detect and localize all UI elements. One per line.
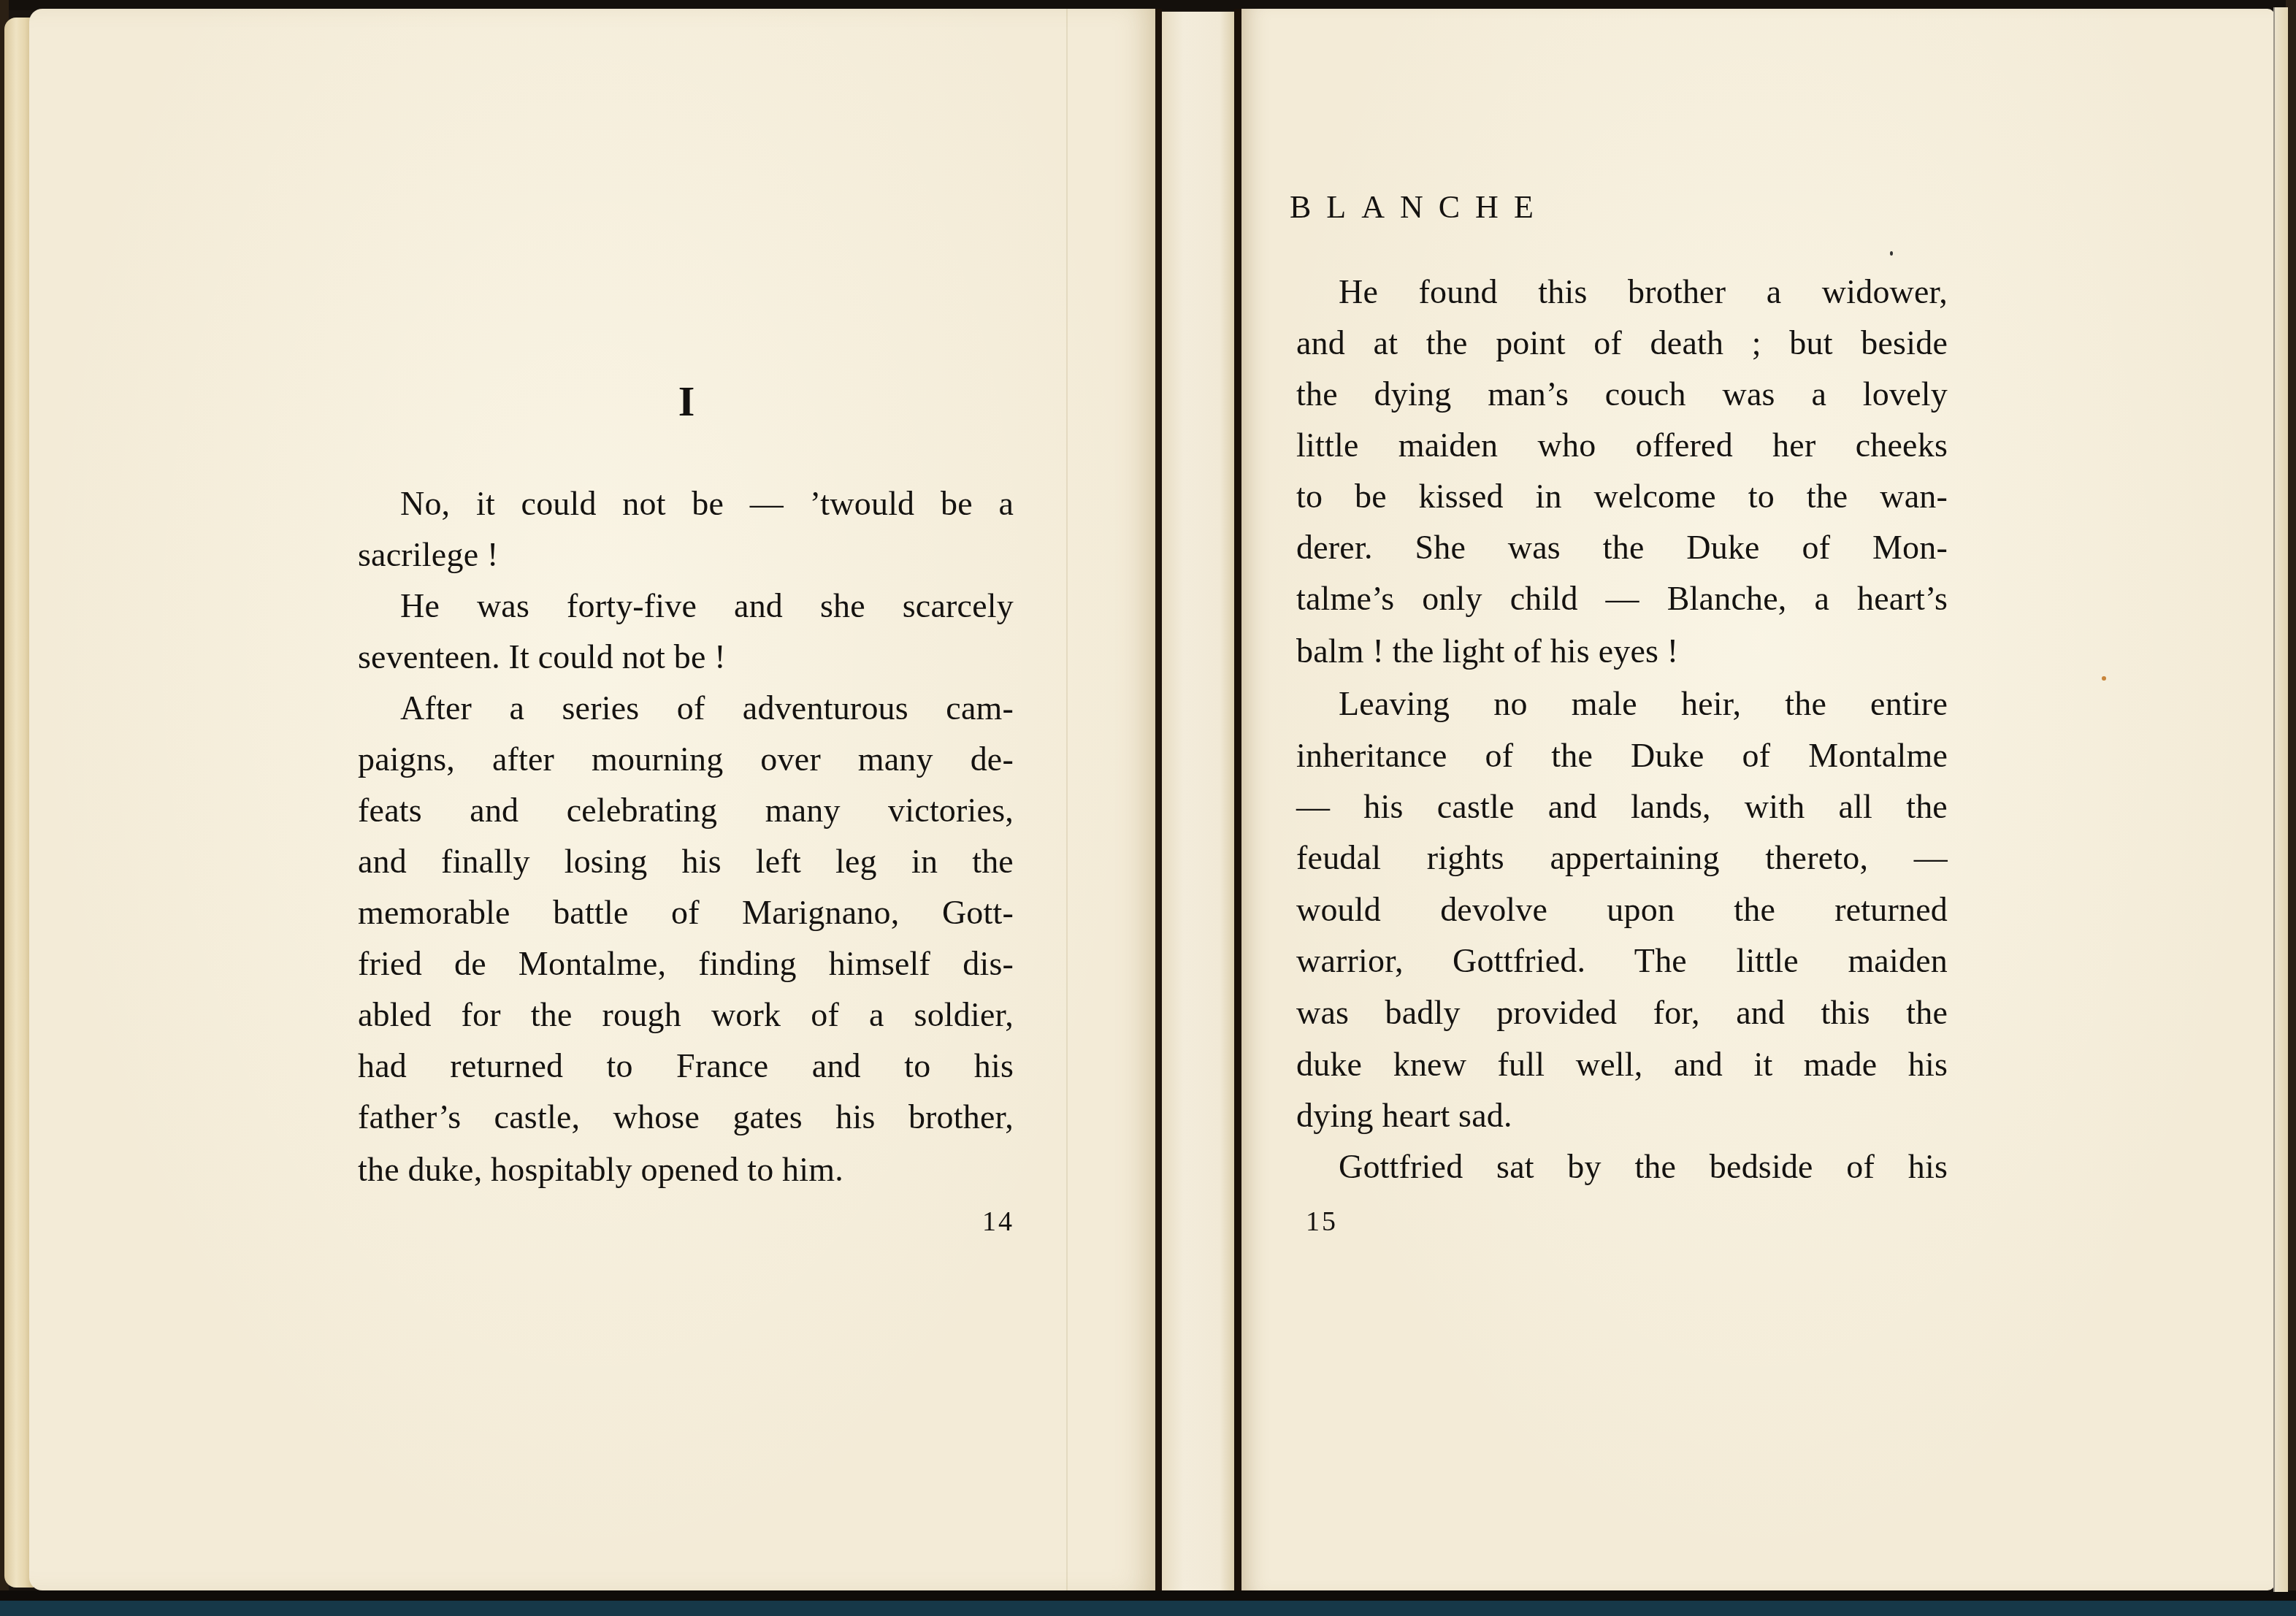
left-line-5: After a series of adventurous cam-	[400, 686, 1014, 730]
page-number-right: 15	[1306, 1203, 1338, 1240]
right-line-18: Gottfried sat by the bedside of his	[1339, 1145, 1948, 1189]
right-line-5: to be kissed in welcome to the wan-	[1296, 475, 1948, 518]
gutter-shadow-right	[1234, 9, 1241, 1590]
book-cover-bottom-edge	[0, 1590, 2296, 1616]
chapter-heading: I	[657, 380, 716, 424]
right-page-deckle-edge	[2273, 7, 2288, 1592]
right-line-4: little maiden who offered her cheeks	[1296, 424, 1948, 467]
gutter-shadow-left	[1155, 9, 1162, 1590]
left-line-4: seventeen. It could not be !	[358, 635, 1014, 679]
right-line-11: — his castle and lands, with all the	[1296, 785, 1948, 829]
left-page-crease	[1066, 9, 1068, 1590]
left-line-6: paigns, after mourning over many de-	[358, 738, 1014, 781]
right-line-3: the dying man’s couch was a lovely	[1296, 372, 1948, 416]
left-line-12: had returned to France and to his	[358, 1044, 1014, 1088]
page-number-left: 14	[982, 1203, 1014, 1240]
right-line-7: talme’s only child — Blanche, a heart’s	[1296, 577, 1948, 621]
right-line-13: would devolve upon the returned	[1296, 888, 1948, 932]
right-line-2: and at the point of death ; but beside	[1296, 321, 1948, 365]
right-line-17: dying heart sad.	[1296, 1094, 1948, 1138]
right-line-8: balm ! the light of his eyes !	[1296, 629, 1948, 673]
left-line-14: the duke, hospitably opened to him.	[358, 1148, 1014, 1192]
right-line-16: duke knew full well, and it made his	[1296, 1043, 1948, 1087]
gutter-stub-page	[1162, 12, 1234, 1590]
left-line-2: sacrilege !	[358, 533, 1014, 577]
right-line-12: feudal rights appertaining thereto, —	[1296, 836, 1948, 880]
left-line-3: He was forty-five and she scarcely	[400, 584, 1014, 628]
running-head: BLANCHE	[1290, 185, 1549, 229]
left-line-7: feats and celebrating many victories,	[358, 789, 1014, 832]
left-line-11: abled for the rough work of a soldier,	[358, 993, 1014, 1037]
right-line-1: He found this brother a widower,	[1339, 270, 1948, 314]
right-line-10: inheritance of the Duke of Montalme	[1296, 734, 1948, 778]
right-line-6: derer. She was the Duke of Mon-	[1296, 526, 1948, 570]
left-line-9: memorable battle of Marignano, Gott-	[358, 891, 1014, 935]
left-line-10: fried de Montalme, finding himself dis-	[358, 942, 1014, 986]
left-line-13: father’s castle, whose gates his brother…	[358, 1095, 1014, 1139]
left-line-1: No, it could not be — ’twould be a	[400, 482, 1014, 526]
right-line-15: was badly provided for, and this the	[1296, 991, 1948, 1035]
right-line-14: warrior, Gottfried. The little maiden	[1296, 939, 1948, 983]
paper-foxing-spot	[2102, 676, 2106, 681]
left-line-8: and finally losing his left leg in the	[358, 840, 1014, 884]
paper-ink-speck	[1890, 251, 1893, 256]
right-line-9: Leaving no male heir, the entire	[1339, 682, 1948, 726]
